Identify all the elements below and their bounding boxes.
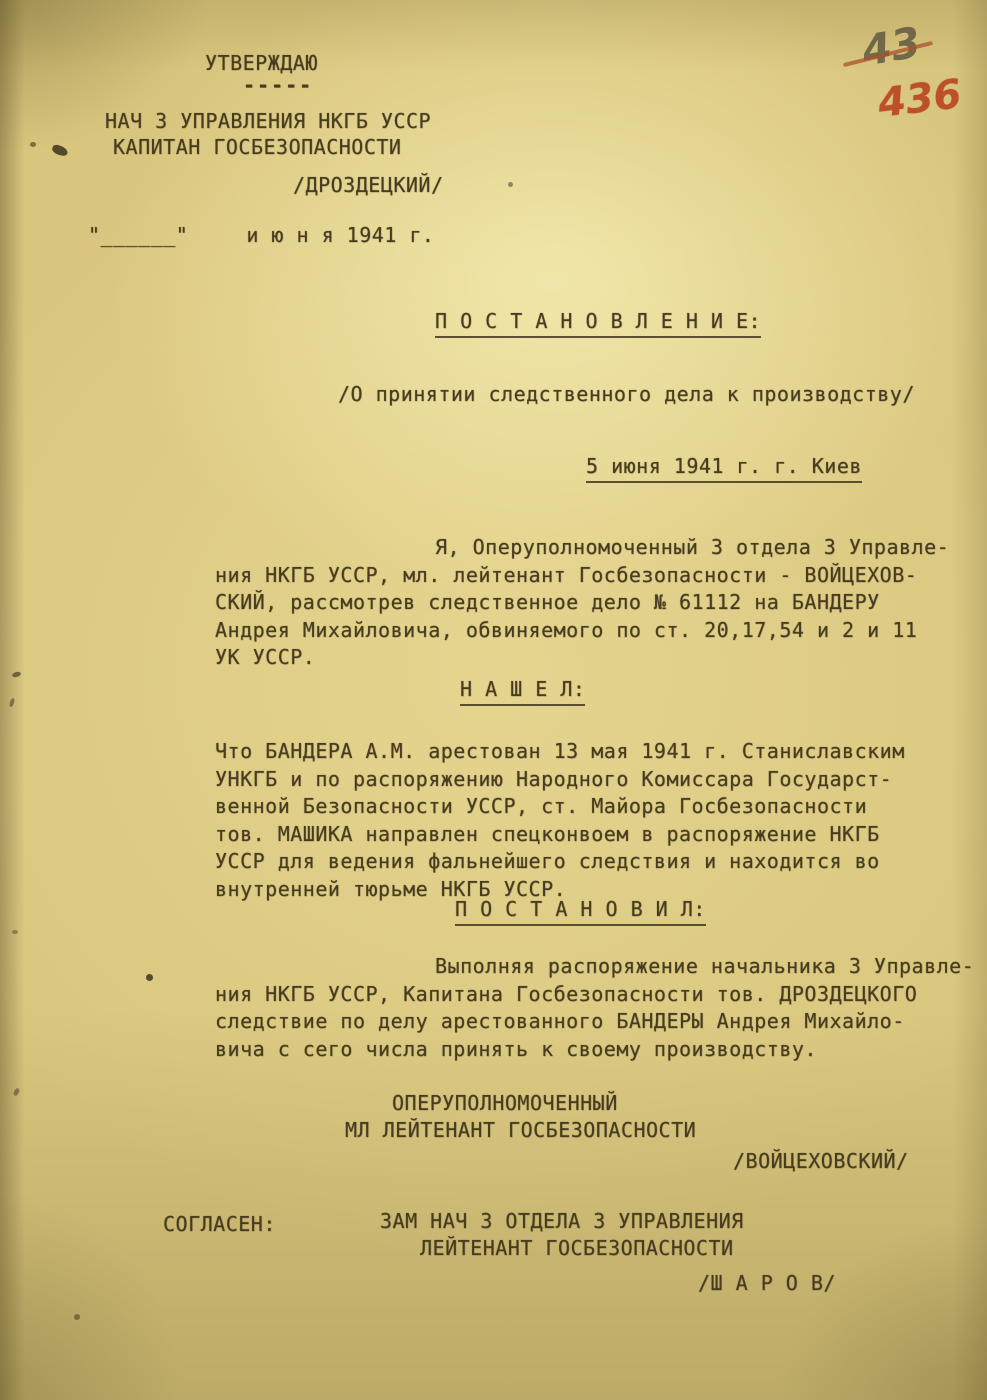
approval-signature: /ДРОЗДЕЦКИЙ/ [293,172,444,200]
agreement-label: СОГЛАСЕН: [163,1211,276,1239]
paragraph-line: СКИЙ, рассмотрев следственное дело № 611… [215,589,949,617]
paragraph-line: ния НКГБ УССР, мл. лейтенант Госбезопасн… [215,562,949,590]
scanned-document-page: 43 436 УТВЕРЖДАЮ ----- НАЧ 3 УПРАВЛЕНИЯ … [0,0,987,1400]
heading-resolved: П О С Т А Н О В И Л: [455,896,706,924]
ink-speck [74,1314,80,1320]
ink-speck [146,974,153,981]
signer-role-line2: МЛ ЛЕЙТЕНАНТ ГОСБЕЗОПАСНОСТИ [345,1117,696,1145]
ink-speck [12,671,22,678]
page-number-handwritten: 436 [876,71,964,127]
paragraph-line: УК УССР. [215,644,949,672]
agreement-role-line1: ЗАМ НАЧ 3 ОТДЕЛА 3 УПРАВЛЕНИЯ [380,1208,744,1236]
paragraph-line: следствие по делу арестованного БАНДЕРЫ … [215,1008,974,1036]
ink-speck [13,1087,21,1096]
approval-position-line1: НАЧ 3 УПРАВЛЕНИЯ НКГБ УССР [105,108,431,136]
paragraph-resolution: Выполняя распоряжение начальника 3 Управ… [215,953,974,1063]
ink-speck [9,698,16,708]
paragraph-line: тов. МАШИКА направлен спецконвоем в расп… [215,821,905,849]
paragraph-findings: Что БАНДЕРА А.М. арестован 13 мая 1941 г… [215,738,905,903]
ink-speck [12,930,18,934]
paragraph-line: ния НКГБ УССР, Капитана Госбезопасности … [215,981,974,1009]
paragraph-line: УНКГБ и по распоряжению Народного Комисс… [215,766,905,794]
document-title: П О С Т А Н О В Л Е Н И Е: [435,308,761,336]
heading-found: Н А Ш Е Л: [460,676,585,704]
ink-speck [51,144,69,158]
approval-date-month: и ю н я 1941 г. [246,223,434,247]
approval-date-blank: "______" [88,223,188,247]
signer-name: /ВОЙЦЕХОВСКИЙ/ [733,1148,909,1176]
paragraph-intro: Я, Оперуполномоченный 3 отдела 3 Управле… [215,534,949,672]
ink-speck [508,182,513,187]
paragraph-line: Выполняя распоряжение начальника 3 Управ… [215,953,974,981]
paragraph-line: Андрея Михайловича, обвиняемого по ст. 2… [215,617,949,645]
dateline: 5 июня 1941 г. г. Киев [586,453,862,481]
approval-dashes: ----- [243,72,313,100]
agreement-signer-name: /Ш А Р О В/ [698,1270,836,1298]
paragraph-line: Что БАНДЕРА А.М. арестован 13 мая 1941 г… [215,738,905,766]
paragraph-line: вича с сего числа принять к своему произ… [215,1036,974,1064]
agreement-role-line2: ЛЕЙТЕНАНТ ГОСБЕЗОПАСНОСТИ [420,1235,734,1263]
paragraph-line: УССР для ведения фальнейшего следствия и… [215,848,905,876]
approval-position-line2: КАПИТАН ГОСБЕЗОПАСНОСТИ [113,134,401,162]
paragraph-line: венной Безопасности УССР, ст. Майора Гос… [215,793,905,821]
paragraph-line: Я, Оперуполномоченный 3 отдела 3 Управле… [215,534,949,562]
signer-role-line1: ОПЕРУПОЛНОМОЧЕННЫЙ [392,1090,618,1118]
document-subtitle: /О принятии следственного дела к произво… [338,381,915,409]
ink-speck [30,142,36,147]
approval-date-line: "______"и ю н я 1941 г. [88,222,434,250]
